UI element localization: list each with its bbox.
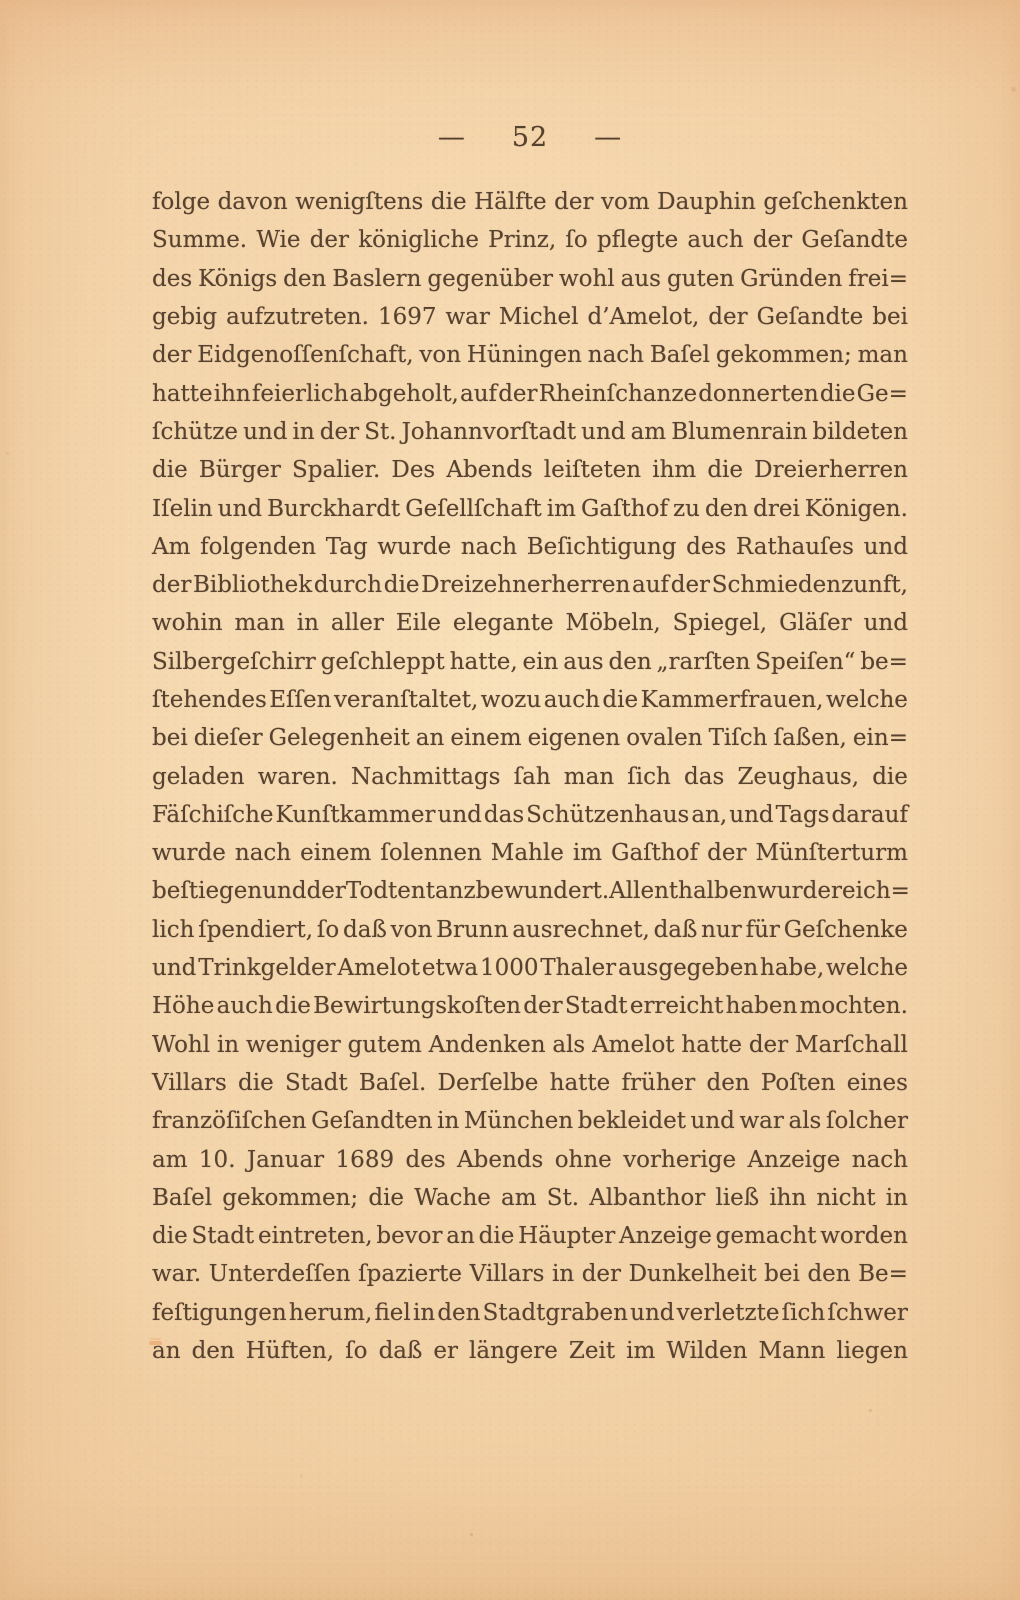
text-line-2: Summe.WiederköniglichePrinz,ſopflegteauc… xyxy=(152,221,908,259)
word: auf xyxy=(632,572,669,598)
word: ſich xyxy=(782,1300,826,1326)
word: aufzutreten. xyxy=(226,304,369,330)
header-dash-right: — xyxy=(594,122,622,153)
word: nach xyxy=(852,1147,908,1173)
word: der xyxy=(671,572,710,598)
text-line-12: wohinmaninallerEileeleganteMöbeln,Spiege… xyxy=(152,604,908,642)
word: d’Amelot, xyxy=(587,304,699,330)
word: hatte xyxy=(152,381,213,407)
word: von xyxy=(419,342,461,368)
word: auch xyxy=(217,993,273,1019)
word: und xyxy=(864,534,908,560)
word: und xyxy=(218,496,262,522)
word: auch xyxy=(687,227,743,253)
word: in xyxy=(886,1185,908,1211)
word: ſaßen, xyxy=(774,725,847,751)
word: man xyxy=(234,610,284,636)
word: ein= xyxy=(853,725,908,751)
word: und xyxy=(243,419,287,445)
word: am xyxy=(152,1147,188,1173)
word: Johannvorſtadt xyxy=(402,419,577,445)
word: welche xyxy=(826,955,908,981)
word: das xyxy=(484,802,524,828)
word: Anzeige xyxy=(619,1223,712,1249)
word: der xyxy=(707,840,746,866)
word: Wie xyxy=(256,227,300,253)
text-line-28: dieStadteintreten,bevorandieHäupterAnzei… xyxy=(152,1217,908,1255)
word: Derſelbe xyxy=(438,1070,539,1096)
word: Poſten xyxy=(761,1070,836,1096)
word: feſtigungen xyxy=(152,1300,287,1326)
word: Villars xyxy=(470,1261,545,1287)
word: Fäſchiſche xyxy=(152,802,274,828)
word: der xyxy=(554,189,593,215)
word: Eile xyxy=(396,610,441,636)
word: Kunſtkammer xyxy=(276,802,436,828)
word: ſolcher xyxy=(826,1108,908,1134)
text-line-30: feſtigungenherum,fielindenStadtgrabenund… xyxy=(152,1294,908,1332)
word: 1689 xyxy=(336,1147,395,1173)
word: beſtiegen xyxy=(152,878,262,904)
word: gekommen; xyxy=(716,342,852,368)
word: den xyxy=(283,266,326,292)
word: der xyxy=(152,572,191,598)
page-header: — 52 — xyxy=(152,122,908,153)
word: an xyxy=(446,1223,475,1249)
word: herum, xyxy=(289,1300,372,1326)
word: veranſtaltet, xyxy=(334,687,478,713)
word: be= xyxy=(860,649,908,675)
word: Spalier. xyxy=(292,457,380,483)
text-line-31: andenHüften,ſodaßerlängereZeitimWildenMa… xyxy=(152,1332,908,1370)
text-line-14: ſtehendesEſſenveranſtaltet,wozuauchdieKa… xyxy=(152,681,908,719)
word: Trinkgelder xyxy=(198,955,335,981)
text-line-19: beſtiegenundderTodtentanzbewundert.Allen… xyxy=(152,872,908,910)
text-line-26: am10.Januar1689desAbendsohnevorherigeAnz… xyxy=(152,1140,908,1178)
word: St. xyxy=(364,419,396,445)
word: und xyxy=(630,1300,674,1326)
word: Bibliothek xyxy=(193,572,312,598)
word: etwa xyxy=(422,955,478,981)
word: auf xyxy=(460,381,497,407)
word: Villars xyxy=(152,1070,227,1096)
word: Zeughaus, xyxy=(737,764,859,790)
word: vom xyxy=(601,189,650,215)
word: Rathauſes xyxy=(736,534,854,560)
word: der xyxy=(498,381,537,407)
word: Speiſen“ xyxy=(755,649,855,675)
word: Königen. xyxy=(805,496,908,522)
word: Zeit xyxy=(569,1338,615,1364)
word: durch xyxy=(314,572,382,598)
word: und xyxy=(691,1108,735,1134)
word: und xyxy=(729,802,773,828)
word: Königs xyxy=(198,266,277,292)
word: er xyxy=(433,1338,458,1364)
text-line-22: HöheauchdieBewirtungskoſtenderStadterrei… xyxy=(152,987,908,1025)
word: der xyxy=(310,227,349,253)
word: geſchleppt xyxy=(321,649,445,675)
word: fiel xyxy=(374,1300,410,1326)
word: ihn xyxy=(214,381,251,407)
word: Wohl xyxy=(152,1032,210,1058)
word: erreicht xyxy=(630,993,724,1019)
word: Hüningen xyxy=(467,342,582,368)
word: ſchwer xyxy=(827,1300,908,1326)
word: abgeholt, xyxy=(350,381,459,407)
word: man xyxy=(564,764,614,790)
word: Tiſch xyxy=(709,725,768,751)
word: aus xyxy=(621,266,661,292)
word: als xyxy=(788,1108,821,1134)
text-line-16: geladenwaren.NachmittagsſahmanſichdasZeu… xyxy=(152,757,908,795)
word: Michel xyxy=(499,304,579,330)
word: nach xyxy=(235,840,291,866)
word: gegenüber xyxy=(427,266,553,292)
word: und xyxy=(864,610,908,636)
word: ſich xyxy=(627,764,671,790)
word: drei xyxy=(753,496,800,522)
word: Hüften, xyxy=(246,1338,334,1364)
word: einem xyxy=(450,725,521,751)
word: im xyxy=(547,496,576,522)
word: mochten. xyxy=(800,993,908,1019)
word: eines xyxy=(847,1070,908,1096)
word: der xyxy=(523,993,562,1019)
text-line-5: derEidgenoſſenſchaft,vonHüningennachBaſe… xyxy=(152,336,908,374)
word: in xyxy=(293,419,315,445)
word: der xyxy=(582,1261,621,1287)
word: im xyxy=(573,840,602,866)
word: den xyxy=(705,496,748,522)
text-line-6: hatteihnfeierlichabgeholt,aufderRheinſch… xyxy=(152,374,908,412)
word: in xyxy=(297,610,319,636)
word: in xyxy=(413,1300,435,1326)
word: früher xyxy=(622,1070,696,1096)
word: die xyxy=(431,189,467,215)
word: Dauphin xyxy=(657,189,756,215)
word: leiſteten xyxy=(544,457,641,483)
word: hatte, xyxy=(450,649,518,675)
word: die xyxy=(152,457,188,483)
word: Gelegenheit xyxy=(269,725,410,751)
word: Eidgenoſſenſchaft, xyxy=(197,342,413,368)
word: des xyxy=(405,1147,445,1173)
text-line-8: dieBürgerSpalier.DesAbendsleiſtetenihmdi… xyxy=(152,451,908,489)
word: Januar xyxy=(247,1147,324,1173)
text-line-27: Baſelgekommen;dieWacheamSt.Albanthorließ… xyxy=(152,1179,908,1217)
word: eintreten, xyxy=(258,1223,373,1249)
word: welche xyxy=(826,687,908,713)
word: Münſterturm xyxy=(756,840,908,866)
word: Nachmittags xyxy=(351,764,500,790)
word: und xyxy=(438,802,482,828)
word: Mahle xyxy=(491,840,564,866)
word: Silbergeſchirr xyxy=(152,649,316,675)
word: daß xyxy=(343,917,387,943)
word: reich= xyxy=(831,878,910,904)
word: Baſel xyxy=(650,342,710,368)
word: Amelot xyxy=(592,1032,674,1058)
word: gemacht xyxy=(716,1223,817,1249)
word: königliche xyxy=(358,227,479,253)
word: Be= xyxy=(858,1261,908,1287)
word: waren. xyxy=(258,764,338,790)
text-line-1: folgedavonwenigſtensdieHälftedervomDauph… xyxy=(152,183,908,221)
word: die xyxy=(275,993,311,1019)
word: ausgegeben xyxy=(618,955,758,981)
word: ſchütze xyxy=(152,419,238,445)
word: ohne xyxy=(555,1147,612,1173)
word: Eſſen xyxy=(269,687,331,713)
word: Baſel. xyxy=(359,1070,426,1096)
paper-stain xyxy=(149,1341,162,1345)
word: des xyxy=(686,534,726,560)
word: vorherige xyxy=(623,1147,736,1173)
word: Bewirtungskoſten xyxy=(313,993,521,1019)
word: und xyxy=(262,878,306,904)
word: in xyxy=(552,1261,574,1287)
word: wohl xyxy=(559,266,615,292)
word: Bürger xyxy=(199,457,281,483)
word: feierlich xyxy=(252,381,349,407)
word: daß xyxy=(379,1338,423,1364)
word: wurde xyxy=(757,878,831,904)
word: Hälfte xyxy=(474,189,547,215)
text-line-7: ſchützeundinderSt.JohannvorſtadtundamBlu… xyxy=(152,413,908,451)
word: Beſichtigung xyxy=(527,534,677,560)
word: bekleidet xyxy=(578,1108,686,1134)
word: des xyxy=(152,266,192,292)
word: Kammerfrauen, xyxy=(641,687,824,713)
word: bei xyxy=(872,304,908,330)
text-line-17: FäſchiſcheKunſtkammerunddasSchützenhausa… xyxy=(152,796,908,834)
word: und xyxy=(581,419,625,445)
word: Schmiedenzunft, xyxy=(712,572,908,598)
word: Schützenhaus xyxy=(526,802,689,828)
word: elegante xyxy=(453,610,554,636)
word: 10. xyxy=(199,1147,236,1173)
word: Allenthalben xyxy=(609,878,757,904)
word: Tags xyxy=(776,802,830,828)
word: ſtehendes xyxy=(152,687,267,713)
word: Brunn xyxy=(436,917,508,943)
word: Geſandten xyxy=(311,1108,432,1134)
word: die xyxy=(152,1223,188,1249)
word: am xyxy=(631,419,667,445)
word: bei xyxy=(152,725,188,751)
word: die xyxy=(238,1070,274,1096)
page-text-block: folgedavonwenigſtensdieHälftedervomDauph… xyxy=(152,183,908,1370)
text-line-15: beidieſerGelegenheitaneinemeigenenovalen… xyxy=(152,719,908,757)
word: gebig xyxy=(152,304,217,330)
word: Gründen xyxy=(740,266,842,292)
word: den xyxy=(807,1261,850,1287)
word: als xyxy=(552,1032,585,1058)
word: ſo xyxy=(565,227,587,253)
word: eigenen xyxy=(528,725,621,751)
word: die xyxy=(872,764,908,790)
word: nach xyxy=(461,534,517,560)
word: die xyxy=(820,381,856,407)
word: Rheinſchanze xyxy=(539,381,697,407)
word: den xyxy=(192,1338,235,1364)
word: auch xyxy=(544,687,600,713)
word: der xyxy=(152,342,191,368)
word: für xyxy=(746,917,780,943)
word: aller xyxy=(331,610,384,636)
word: 1697 xyxy=(378,304,437,330)
word: Spiegel, xyxy=(673,610,767,636)
word: Gaſthof xyxy=(581,496,668,522)
word: wohin xyxy=(152,610,223,636)
word: bei xyxy=(764,1261,800,1287)
word: Dreizehnerherren xyxy=(421,572,630,598)
word: Burckhardt xyxy=(267,496,400,522)
word: geſchenkten xyxy=(763,189,908,215)
word: den xyxy=(437,1300,480,1326)
word: die xyxy=(479,1223,515,1249)
word: darauf xyxy=(832,802,908,828)
word: ſo xyxy=(317,917,339,943)
word: ſpendiert, xyxy=(198,917,313,943)
word: ließ xyxy=(715,1185,759,1211)
text-line-11: derBibliothekdurchdieDreizehnerherrenauf… xyxy=(152,566,908,604)
word: war xyxy=(739,1108,783,1134)
word: St. xyxy=(547,1185,579,1211)
word: franzöſiſchen xyxy=(152,1108,307,1134)
word: Tag xyxy=(326,534,368,560)
word: Thaler xyxy=(540,955,616,981)
word: Ge= xyxy=(857,381,908,407)
paper-specks xyxy=(0,0,3,3)
word: hatte xyxy=(681,1032,742,1058)
word: von xyxy=(391,917,433,943)
word: der xyxy=(708,304,747,330)
word: an, xyxy=(691,802,727,828)
word: ſpazierte xyxy=(358,1261,462,1287)
word: ausrechnet, xyxy=(512,917,650,943)
text-line-20: lichſpendiert,ſodaßvonBrunnausrechnet,da… xyxy=(152,911,908,949)
text-line-9: IſelinundBurckhardtGeſellſchaftimGaſthof… xyxy=(152,489,908,527)
word: der xyxy=(749,1032,788,1058)
word: Stadt xyxy=(285,1070,348,1096)
word: ſo xyxy=(345,1338,367,1364)
word: Abends xyxy=(457,1147,543,1173)
word: ovalen xyxy=(626,725,702,751)
word: gekommen; xyxy=(222,1185,358,1211)
word: bildeten xyxy=(812,419,907,445)
word: wurde xyxy=(152,840,226,866)
word: Höhe xyxy=(152,993,214,1019)
word: Stadt xyxy=(565,993,628,1019)
word: Gaſthof xyxy=(611,840,698,866)
text-line-24: VillarsdieStadtBaſel.Derſelbehattefrüher… xyxy=(152,1064,908,1102)
word: gutem xyxy=(348,1032,422,1058)
text-line-23: WohlinwenigergutemAndenkenalsAmelothatte… xyxy=(152,1026,908,1064)
word: am xyxy=(501,1185,537,1211)
text-line-25: franzöſiſchenGeſandteninMünchenbekleidet… xyxy=(152,1102,908,1140)
word: Anzeige xyxy=(748,1147,841,1173)
word: der xyxy=(320,419,359,445)
word: Dunkelheit xyxy=(629,1261,757,1287)
word: Andenken xyxy=(429,1032,546,1058)
word: in xyxy=(437,1108,459,1134)
word: man xyxy=(858,342,908,368)
text-line-13: Silbergeſchirrgeſchleppthatte,einausden„… xyxy=(152,643,908,681)
word: davon xyxy=(218,189,288,215)
word: daß xyxy=(654,917,698,943)
word: und xyxy=(152,955,196,981)
text-line-29: war.UnterdeſſenſpazierteVillarsinderDunk… xyxy=(152,1255,908,1293)
word: hatte xyxy=(550,1070,611,1096)
word: längere xyxy=(469,1338,558,1364)
word: Todtentanz xyxy=(346,878,476,904)
word: ihn xyxy=(769,1185,806,1211)
word: die xyxy=(368,1185,404,1211)
word: die xyxy=(707,457,743,483)
word: weniger xyxy=(246,1032,341,1058)
word: Baslern xyxy=(332,266,421,292)
word: haben xyxy=(726,993,798,1019)
word: Mann xyxy=(758,1338,825,1364)
word: verletzte xyxy=(677,1300,780,1326)
word: Des xyxy=(391,457,435,483)
word: das xyxy=(684,764,724,790)
word: Blumenrain xyxy=(671,419,807,445)
word: Geſandte xyxy=(757,304,864,330)
word: Wache xyxy=(414,1185,491,1211)
word: guten xyxy=(667,266,734,292)
word: zu xyxy=(673,496,700,522)
word: Amelot xyxy=(338,955,420,981)
word: Geſchenke xyxy=(784,917,908,943)
word: donnerten xyxy=(698,381,818,407)
word: pflegte xyxy=(597,227,678,253)
text-line-10: AmfolgendenTagwurdenachBeſichtigungdesRa… xyxy=(152,528,908,566)
word: „rarſten xyxy=(657,649,751,675)
word: worden xyxy=(820,1223,908,1249)
word: Baſel xyxy=(152,1185,212,1211)
word: wozu xyxy=(481,687,541,713)
word: Wilden xyxy=(666,1338,747,1364)
word: Marſchall xyxy=(795,1032,908,1058)
word: an xyxy=(416,725,445,751)
word: einem xyxy=(300,840,371,866)
word: ihm xyxy=(652,457,696,483)
word: lich xyxy=(152,917,194,943)
word: ein xyxy=(523,649,559,675)
word: Häupter xyxy=(518,1223,615,1249)
word: Gläſer xyxy=(779,610,852,636)
word: wenigſtens xyxy=(295,189,423,215)
word: den xyxy=(608,649,651,675)
word: Unterdeſſen xyxy=(209,1261,351,1287)
word: der xyxy=(753,227,792,253)
word: Summe. xyxy=(152,227,247,253)
book-page: — 52 — folgedavonwenigſtensdieHälftederv… xyxy=(0,0,1020,1600)
word: liegen xyxy=(836,1338,907,1364)
word: Dreierherren xyxy=(754,457,908,483)
word: der xyxy=(307,878,346,904)
word: Geſandte xyxy=(801,227,908,253)
text-line-4: gebigaufzutreten.1697warMicheld’Amelot,d… xyxy=(152,298,908,336)
word: Iſelin xyxy=(152,496,213,522)
word: aus xyxy=(563,649,603,675)
word: nur xyxy=(701,917,742,943)
word: wurde xyxy=(377,534,451,560)
word: war xyxy=(445,304,489,330)
